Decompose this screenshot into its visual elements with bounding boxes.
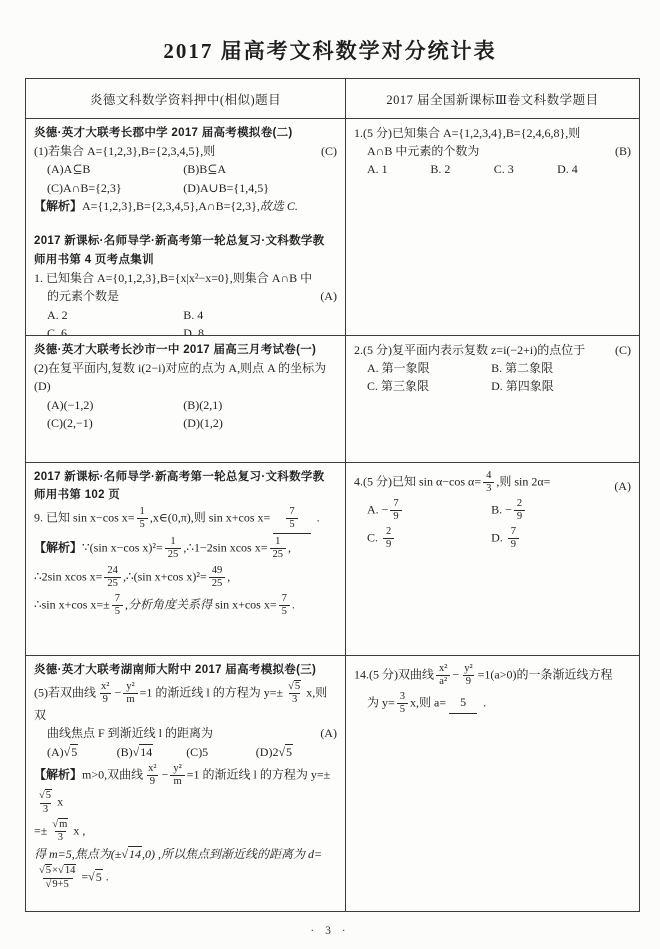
line-text: 曲线焦点 F 到渐近线 l 的距离为 [47, 725, 312, 742]
options-line: C. 第三象限D. 第四象限 [354, 378, 631, 396]
problem-text: 9. 已知 sin x−cos x=15,x∈(0,π),则 sin x+cos… [34, 505, 337, 535]
problem-block: 4.(5 分)已知 sin α−cos α=43,则 sin 2α=(A)A. … [354, 468, 631, 553]
options-line: A. −79B. −29 [354, 496, 631, 524]
sqrt-radical: √14 [121, 846, 142, 861]
left-cell: 炎德·英才大联考长沙市一中 2017 届高三月考试卷(一)(2)在复平面内,复数… [26, 336, 346, 462]
option: C. 29 [367, 525, 491, 552]
source-heading: 炎德·英才大联考湖南师大附中 2017 届高考模拟卷(三) [34, 661, 337, 679]
line-text: 为 y=35x,则 a=5 . [367, 690, 631, 717]
source-heading: 师用书第 4 页考点集训 [34, 251, 337, 269]
fraction: 79 [390, 498, 401, 523]
options-line: C. 6D. 8 [34, 324, 337, 335]
problem-block: 14.(5 分)双曲线x²a²−y²9=1(a>0)的一条渐近线方程为 y=35… [354, 661, 631, 718]
solution-text: 【解析】∵(sin x−cos x)²=125,∴1−2sin xcos x=1… [34, 535, 337, 563]
answer-letter: (B) [607, 143, 631, 160]
problem-text: 曲线焦点 F 到渐近线 l 的距离为(A) [34, 725, 337, 743]
header-right-column: 2017 届全国新课标Ⅲ卷文科数学题目 [346, 79, 639, 118]
scanned-document-page: { "page": { "title": "2017 届高考文科数学对分统计表"… [0, 0, 660, 949]
sqrt-radical: √5 [64, 744, 79, 759]
sqrt-radical: √5 [288, 680, 301, 692]
line-text: =±√m3x , [34, 818, 337, 845]
solution-text: 【解析】m>0,双曲线x²9−y²m=1 的渐近线 l 的方程为 y=±√53x [34, 762, 337, 818]
fraction: 2425 [104, 565, 121, 590]
line-text: 2017 新课标·名师导学·新高考第一轮总复习·文科数学教 [34, 469, 337, 486]
problem-text: (2)在复平面内,复数 i(2−i)对应的点为 A,则点 A 的坐标为 [34, 359, 337, 377]
option: B. 第二象限 [491, 360, 615, 377]
fraction: x²a² [436, 663, 450, 688]
sqrt-radical: √14 [58, 864, 76, 876]
option: (D)2√5 [256, 744, 326, 761]
line-text: 得 m=5,焦点为(±√14,0) ,所以焦点到渐近线的距离为 d= [34, 846, 337, 863]
source-heading: 2017 新课标·名师导学·新高考第一轮总复习·文科数学教 [34, 468, 337, 486]
line-text: 【解析】∵(sin x−cos x)²=125,∴1−2sin xcos x=1… [34, 535, 337, 562]
line-text: (5)若双曲线x²9−y²m=1 的渐近线 l 的方程为 y=±√53x,则双 [34, 680, 337, 725]
problem-text: 4.(5 分)已知 sin α−cos α=43,则 sin 2α=(A) [354, 468, 631, 496]
options-line: (C)(2,−1)(D)(1,2) [34, 414, 337, 432]
line-text: 2.(5 分)复平面内表示复数 z=i(−2+i)的点位于 [354, 342, 607, 359]
problem-text: 2.(5 分)复平面内表示复数 z=i(−2+i)的点位于(C) [354, 341, 631, 359]
options-line: A. 第一象限B. 第二象限 [354, 359, 631, 377]
fraction: 75 [112, 593, 123, 618]
answer-line: (D) [34, 378, 337, 396]
line-text: 2017 新课标·名师导学·新高考第一轮总复习·文科数学教 [34, 233, 337, 250]
fraction: √53 [285, 681, 304, 706]
source-heading: 师用书第 102 页 [34, 486, 337, 504]
fraction: 29 [514, 498, 525, 523]
option: (C)(2,−1) [47, 415, 183, 432]
problem-block: 炎德·英才大联考湖南师大附中 2017 届高考模拟卷(三)(5)若双曲线x²9−… [34, 661, 337, 892]
option: (C)A∩B={2,3} [47, 180, 183, 197]
problem-block: 2017 新课标·名师导学·新高考第一轮总复习·文科数学教师用书第 102 页9… [34, 468, 337, 620]
fraction: √53 [36, 790, 55, 815]
source-heading: 2017 新课标·名师导学·新高考第一轮总复习·文科数学教 [34, 233, 337, 251]
options-line: (A)(−1,2)(B)(2,1) [34, 396, 337, 414]
option: (C)5 [186, 744, 256, 761]
line-text: (2)在复平面内,复数 i(2−i)对应的点为 A,则点 A 的坐标为 [34, 360, 337, 377]
fraction: 125 [270, 536, 287, 561]
fraction: y²m [170, 763, 184, 788]
solution-text: ∴2sin xcos x=2425,∴(sin x+cos x)²=4925, [34, 563, 337, 591]
options-line: A. 1B. 2C. 3D. 4 [354, 161, 631, 179]
option: B. 2 [430, 161, 493, 178]
sqrt-radical: √5 [278, 744, 293, 759]
line-text: √5×√14√9+5=√5 . [34, 864, 337, 891]
problem-text: A∩B 中元素的个数为(B) [354, 142, 631, 160]
right-cell: 14.(5 分)双曲线x²a²−y²9=1(a>0)的一条渐近线方程为 y=35… [346, 656, 639, 911]
table-body: 炎德·英才大联考长郡中学 2017 届高考模拟卷(二)(1)若集合 A={1,2… [26, 119, 639, 911]
solution-text: √5×√14√9+5=√5 . [34, 864, 337, 892]
line-text: 炎德·英才大联考长沙市一中 2017 届高三月考试卷(一) [34, 342, 337, 359]
left-cell: 炎德·英才大联考湖南师大附中 2017 届高考模拟卷(三)(5)若双曲线x²9−… [26, 656, 346, 911]
problem-text: 1.(5 分)已知集合 A={1,2,3,4},B={2,4,6,8},则 [354, 124, 631, 142]
option: A. 第一象限 [367, 360, 491, 377]
line-text: ∴2sin xcos x=2425,∴(sin x+cos x)²=4925, [34, 564, 337, 591]
solution-text: 【解析】A={1,2,3},B={2,3,4,5},A∩B={2,3},故选 C… [34, 197, 337, 215]
line-text: (D) [34, 378, 337, 395]
option: D. 4 [557, 161, 620, 178]
page-number: · 3 · [0, 925, 660, 937]
sqrt-radical: √9+5 [46, 878, 70, 890]
page-title: 2017 届高考文科数学对分统计表 [0, 0, 660, 65]
option: (A)√5 [47, 744, 117, 761]
sqrt-radical: √5 [88, 869, 103, 884]
option: C. 6 [47, 325, 183, 335]
line-text: 师用书第 4 页考点集训 [34, 252, 337, 269]
fraction: y²9 [461, 663, 475, 688]
problem-text: 为 y=35x,则 a=5 . [354, 689, 631, 717]
source-heading: 炎德·英才大联考长郡中学 2017 届高考模拟卷(二) [34, 124, 337, 142]
table-header-row: 炎德文科数学资料押中(相似)题目 2017 届全国新课标Ⅲ卷文科数学题目 [26, 79, 639, 119]
option: B. 4 [183, 307, 319, 324]
option: (D)(1,2) [183, 415, 319, 432]
option: D. 79 [491, 525, 615, 552]
table-row: 2017 新课标·名师导学·新高考第一轮总复习·文科数学教师用书第 102 页9… [26, 463, 639, 656]
right-cell: 1.(5 分)已知集合 A={1,2,3,4},B={2,4,6,8},则A∩B… [346, 119, 639, 335]
fraction: 35 [397, 691, 408, 716]
comparison-table: 炎德文科数学资料押中(相似)题目 2017 届全国新课标Ⅲ卷文科数学题目 炎德·… [25, 78, 640, 912]
solution-text: ∴sin x+cos x=±75,分析角度关系得 sin x+cos x=75. [34, 591, 337, 619]
answer-letter: (C) [313, 143, 337, 160]
option: (A)A⊆B [47, 161, 183, 178]
fraction: 15 [137, 506, 148, 531]
option: (D)A∪B={1,4,5} [183, 180, 319, 197]
line-text: 【解析】A={1,2,3},B={2,3,4,5},A∩B={2,3},故选 C… [34, 198, 337, 215]
answer-letter: (A) [312, 725, 337, 742]
line-text: 9. 已知 sin x−cos x=15,x∈(0,π),则 sin x+cos… [34, 505, 337, 534]
solution-text: =±√m3x , [34, 817, 337, 845]
table-row: 炎德·英才大联考湖南师大附中 2017 届高考模拟卷(三)(5)若双曲线x²9−… [26, 656, 639, 911]
fraction: 29 [383, 526, 394, 551]
sqrt-radical: √14 [133, 744, 154, 759]
option: (B)(2,1) [183, 397, 319, 414]
fraction: 43 [483, 470, 494, 495]
fraction: 79 [508, 526, 519, 551]
problem-block: 2.(5 分)复平面内表示复数 z=i(−2+i)的点位于(C)A. 第一象限B… [354, 341, 631, 396]
fraction: √m3 [49, 819, 71, 844]
options-line: (A)A⊆B(B)B⊆A [34, 161, 337, 179]
problem-block: 2017 新课标·名师导学·新高考第一轮总复习·文科数学教师用书第 4 页考点集… [34, 233, 337, 335]
answer-letter: (C) [607, 342, 631, 359]
option: (B)√14 [117, 744, 187, 761]
right-cell: 4.(5 分)已知 sin α−cos α=43,则 sin 2α=(A)A. … [346, 463, 639, 655]
problem-block: 炎德·英才大联考长郡中学 2017 届高考模拟卷(二)(1)若集合 A={1,2… [34, 124, 337, 216]
table-row: 炎德·英才大联考长郡中学 2017 届高考模拟卷(二)(1)若集合 A={1,2… [26, 119, 639, 336]
option: C. 3 [494, 161, 557, 178]
fraction: 125 [165, 536, 182, 561]
header-left-column: 炎德文科数学资料押中(相似)题目 [26, 79, 346, 118]
line-text: 【解析】m>0,双曲线x²9−y²m=1 的渐近线 l 的方程为 y=±√53x [34, 762, 337, 817]
sqrt-radical: √5 [39, 789, 52, 801]
source-heading: 炎德·英才大联考长沙市一中 2017 届高三月考试卷(一) [34, 341, 337, 359]
fraction: x²9 [145, 763, 159, 788]
sqrt-radical: √5 [39, 864, 52, 876]
problem-text: (5)若双曲线x²9−y²m=1 的渐近线 l 的方程为 y=±√53x,则双 [34, 679, 337, 725]
option: A. −79 [367, 497, 491, 524]
line-text: A∩B 中元素的个数为 [367, 143, 607, 160]
line-text: 的元素个数是 [47, 288, 312, 305]
option: A. 2 [47, 307, 183, 324]
problem-text: 1. 已知集合 A={0,1,2,3},B={x|x²−x=0},则集合 A∩B… [34, 269, 337, 287]
solution-text: 得 m=5,焦点为(±√14,0) ,所以焦点到渐近线的距离为 d= [34, 846, 337, 864]
line-text: 炎德·英才大联考湖南师大附中 2017 届高考模拟卷(三) [34, 662, 337, 679]
fraction: y²m [123, 681, 137, 706]
fraction: x²9 [98, 681, 112, 706]
option: C. 第三象限 [367, 378, 491, 395]
table-row: 炎德·英才大联考长沙市一中 2017 届高三月考试卷(一)(2)在复平面内,复数… [26, 336, 639, 463]
fraction: 75 [286, 506, 297, 531]
answer-letter: (A) [312, 288, 337, 305]
left-cell: 炎德·英才大联考长郡中学 2017 届高考模拟卷(二)(1)若集合 A={1,2… [26, 119, 346, 335]
sqrt-radical: √m [52, 818, 68, 830]
line-text: 1.(5 分)已知集合 A={1,2,3,4},B={2,4,6,8},则 [354, 125, 631, 142]
left-cell: 2017 新课标·名师导学·新高考第一轮总复习·文科数学教师用书第 102 页9… [26, 463, 346, 655]
right-cell: 2.(5 分)复平面内表示复数 z=i(−2+i)的点位于(C)A. 第一象限B… [346, 336, 639, 462]
option: D. 8 [183, 325, 319, 335]
option: (A)(−1,2) [47, 397, 183, 414]
line-text: 炎德·英才大联考长郡中学 2017 届高考模拟卷(二) [34, 125, 337, 142]
line-text: 4.(5 分)已知 sin α−cos α=43,则 sin 2α= [354, 469, 606, 496]
problem-text: (1)若集合 A={1,2,3},B={2,3,4,5},则(C) [34, 142, 337, 160]
line-text: 14.(5 分)双曲线x²a²−y²9=1(a>0)的一条渐近线方程 [354, 662, 631, 689]
options-line: A. 2B. 4 [34, 306, 337, 324]
problem-block: 1.(5 分)已知集合 A={1,2,3,4},B={2,4,6,8},则A∩B… [354, 124, 631, 179]
problem-text: 的元素个数是(A) [34, 288, 337, 306]
line-text: ∴sin x+cos x=±75,分析角度关系得 sin x+cos x=75. [34, 592, 337, 619]
problem-block: 炎德·英才大联考长沙市一中 2017 届高三月考试卷(一)(2)在复平面内,复数… [34, 341, 337, 433]
line-text: (1)若集合 A={1,2,3},B={2,3,4,5},则 [34, 143, 313, 160]
option: B. −29 [491, 497, 615, 524]
option: (B)B⊆A [183, 161, 319, 178]
answer-blank: 75 [273, 505, 310, 534]
option: A. 1 [367, 161, 430, 178]
problem-text: 14.(5 分)双曲线x²a²−y²9=1(a>0)的一条渐近线方程 [354, 661, 631, 689]
fraction: √5×√14√9+5 [36, 865, 79, 890]
answer-letter: (A) [606, 478, 631, 495]
options-line: (C)A∩B={2,3}(D)A∪B={1,4,5} [34, 179, 337, 197]
option: D. 第四象限 [491, 378, 615, 395]
options-line: C. 29D. 79 [354, 525, 631, 553]
answer-blank: 5 [449, 694, 477, 713]
fraction: 75 [279, 593, 290, 618]
fraction: 4925 [209, 565, 226, 590]
options-line: (A)√5(B)√14(C)5(D)2√5 [34, 743, 337, 761]
line-text: 师用书第 102 页 [34, 487, 337, 504]
line-text: 1. 已知集合 A={0,1,2,3},B={x|x²−x=0},则集合 A∩B… [34, 270, 337, 287]
